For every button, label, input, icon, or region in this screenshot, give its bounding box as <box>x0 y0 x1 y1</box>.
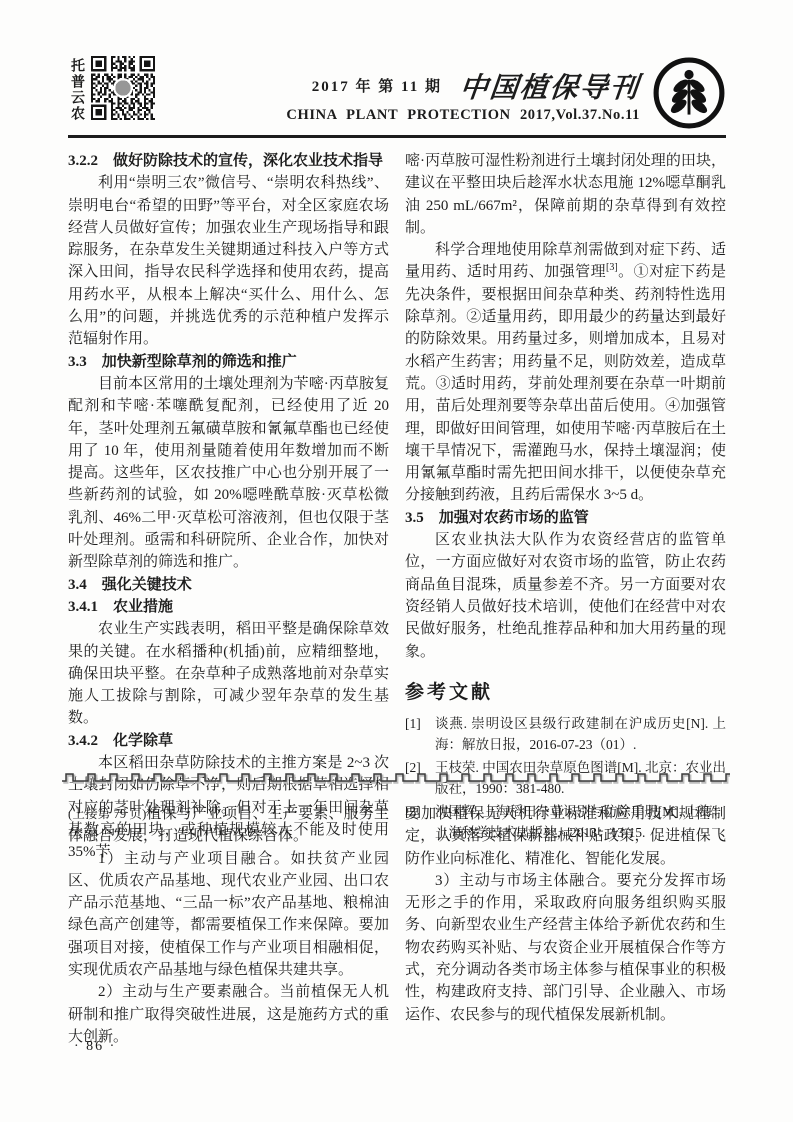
body-paragraph: 农业生产实践表明，稻田平整是确保除草效果的关键。在水稻播种(机插)前，应精细整地… <box>68 618 389 729</box>
section-heading: 3.3 加快新型除草剂的筛选和推广 <box>68 351 389 373</box>
issue-info: 2017 年 第 11 期 <box>312 79 442 95</box>
paragraph-text: 。①对症下药是先决条件，要根据田间杂草种类、药剂特性选用除草剂。②适量用药，即用… <box>405 264 726 503</box>
qr-code-icon <box>91 56 155 120</box>
section-heading: 3.4 强化关键技术 <box>68 574 389 596</box>
citation-superscript: [3] <box>606 262 618 273</box>
right-column: 嘧·丙草胺可湿性粉剂进行土壤封闭处理的田块，建议在平整田块后趁浑水状态甩施 12… <box>405 150 726 864</box>
page-number: · 86 · <box>74 1039 116 1055</box>
section-heading: 3.4.1 农业措施 <box>68 596 389 618</box>
section-heading: 3.2.2 做好防除技术的宣传，深化农业技术指导 <box>68 150 389 172</box>
masthead-line1: 2017 年 第 11 期 中国植保导刊 <box>155 66 640 106</box>
body-paragraph: 利用“崇明三农”微信号、“崇明农科热线”、崇明电台“希望的田野”等平台，对全区家… <box>68 172 389 350</box>
body-paragraph: 目前本区常用的土壤处理剂为苄嘧·丙草胺复配剂和苄嘧·苯噻酰复配剂，已经使用了近 … <box>68 373 389 574</box>
body-paragraph: 3）主动与市场主体融合。要充分发挥市场无形之手的作用，采取政府向服务组织购买服务… <box>405 870 726 1026</box>
page-header: 托普云农 <box>68 56 726 134</box>
body-paragraph-continued: 要加快植保无人机行业标准和应用技术规程制定，认真落实植保新器械补贴政策，促进植保… <box>405 803 726 870</box>
left-column: 3.2.2 做好防除技术的宣传，深化农业技术指导 利用“崇明三农”微信号、“崇明… <box>68 150 389 864</box>
body-paragraph: 科学合理地使用除草剂需做到对症下药、适量用药、适时用药、加强管理[3]。①对症下… <box>405 239 726 507</box>
reference-label: [1] <box>405 713 435 755</box>
body-paragraph: 1）主动与产业项目融合。如扶贫产业园区、优质农产品基地、现代农业产业园、出口农产… <box>68 848 389 982</box>
qr-group: 托普云农 <box>68 56 155 124</box>
body-paragraph-continued: 嘧·丙草胺可湿性粉剂进行土壤封闭处理的田块，建议在平整田块后趁浑水状态甩施 12… <box>405 150 726 239</box>
section-heading: 3.5 加强对农药市场的监管 <box>405 507 726 529</box>
continued-lead-paragraph: (上接第 79 页)植保与产业项目、生产要素、服务主体融合发展，打造现代植保综合… <box>68 803 389 848</box>
square-wave-divider-icon <box>62 771 730 785</box>
continued-left-column: (上接第 79 页)植保与产业项目、生产要素、服务主体融合发展，打造现代植保综合… <box>68 803 389 1048</box>
qr-caption: 托普云农 <box>68 58 84 124</box>
wheat-emblem-icon <box>652 56 726 130</box>
journal-masthead: 2017 年 第 11 期 中国植保导刊 CHINA PLANT PROTECT… <box>155 56 652 124</box>
body-paragraph: 区农业执法大队作为农资经营店的监管单位，一方面应做好对农资市场的监管，防止农药商… <box>405 529 726 663</box>
reference-item: [1] 谈燕. 崇明设区县级行政建制在沪成历史[N]. 上海：解放日报，2016… <box>405 713 726 755</box>
continued-right-column: 要加快植保无人机行业标准和应用技术规程制定，认真落实植保新器械补贴政策，促进植保… <box>405 803 726 1048</box>
journal-title: 中国植保导刊 <box>458 66 642 106</box>
article-body: 3.2.2 做好防除技术的宣传，深化农业技术指导 利用“崇明三农”微信号、“崇明… <box>68 150 726 864</box>
continued-article: (上接第 79 页)植保与产业项目、生产要素、服务主体融合发展，打造现代植保综合… <box>68 803 726 1048</box>
reference-text: 谈燕. 崇明设区县级行政建制在沪成历史[N]. 上海：解放日报，2016-07-… <box>435 713 726 755</box>
references-title: 参考文献 <box>405 677 726 704</box>
section-heading: 3.4.2 化学除草 <box>68 730 389 752</box>
continued-from-note: (上接第 79 页) <box>68 807 146 821</box>
header-rule <box>68 135 726 138</box>
journal-title-en: CHINA PLANT PROTECTION 2017,Vol.37.No.11 <box>155 107 640 124</box>
journal-page: 托普云农 <box>0 0 793 1122</box>
